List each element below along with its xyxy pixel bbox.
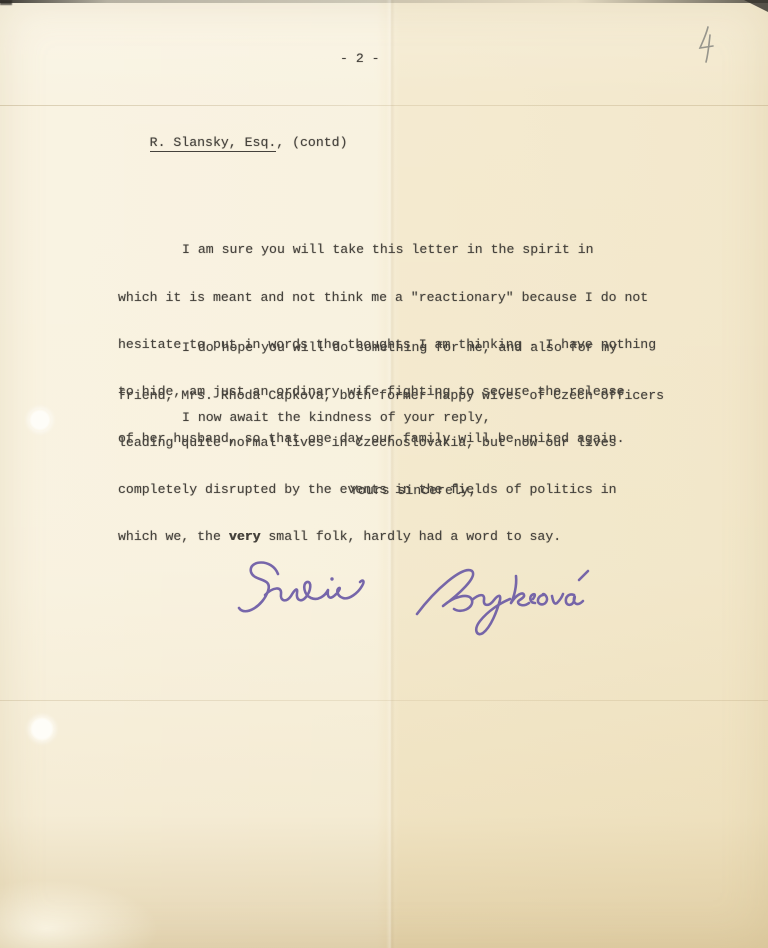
pencil-page-number bbox=[694, 22, 724, 68]
document-page: - 2 - R. Slansky, Esq., (contd) I am sur… bbox=[0, 0, 768, 948]
paragraph-2-line-3: leading quite normal lives in Czechoslov… bbox=[118, 435, 664, 451]
paragraph-2-line-2: friend, Mrs. Rhoda Capkova, both former … bbox=[118, 388, 664, 404]
recipient-line: R. Slansky, Esq., (contd) bbox=[118, 119, 348, 166]
paragraph-3: I now await the kindness of your reply, bbox=[182, 410, 491, 426]
hole-punch-bottom bbox=[30, 717, 54, 741]
signature-handwriting bbox=[232, 550, 662, 650]
hole-punch-top bbox=[29, 409, 51, 431]
typed-page-number: - 2 - bbox=[340, 51, 380, 67]
recipient-name: R. Slansky, Esq. bbox=[150, 135, 277, 152]
valediction: Yours sincerely, bbox=[350, 483, 477, 499]
horizontal-crease-lower bbox=[0, 700, 768, 701]
paragraph-1-line-1: I am sure you will take this letter in t… bbox=[182, 242, 656, 258]
recipient-contd: , (contd) bbox=[276, 135, 347, 150]
horizontal-crease-upper bbox=[0, 105, 768, 106]
scan-edge-top bbox=[0, 0, 768, 3]
scan-corner-top-left bbox=[0, 0, 12, 5]
overstruck-word: very bbox=[229, 529, 261, 544]
paragraph-2-line-5: which we, the very small folk, hardly ha… bbox=[118, 529, 664, 545]
scan-corner-top-right bbox=[744, 0, 768, 12]
paragraph-2: I do hope you will do something for me, … bbox=[118, 309, 664, 576]
paragraph-1-line-2: which it is meant and not think me a "re… bbox=[118, 290, 656, 306]
paragraph-2-line-1: I do hope you will do something for me, … bbox=[182, 340, 664, 356]
